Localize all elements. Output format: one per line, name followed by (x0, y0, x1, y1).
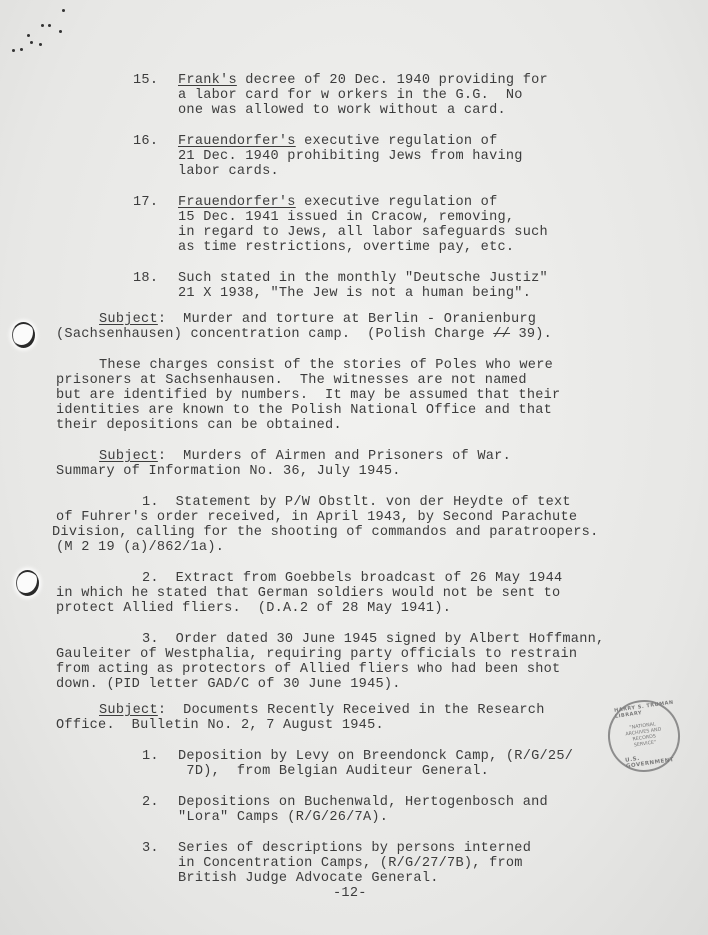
underlined-name: Frauendorfer's (178, 195, 296, 210)
struck-mark: // (493, 327, 510, 342)
item-line: 3. Order dated 30 June 1945 signed by Al… (142, 632, 604, 647)
page-number: -12- (333, 886, 367, 901)
item-text: executive regulation of (296, 134, 498, 149)
item-line: protect Allied fliers. (D.A.2 of 28 May … (56, 601, 451, 616)
ink-speck (59, 30, 62, 33)
paragraph-line: but are identified by numbers. It may be… (56, 388, 560, 403)
item-number: 16. (133, 134, 158, 149)
item-line: Deposition by Levy on Breendonck Camp, (… (178, 749, 573, 764)
item-line: Series of descriptions by persons intern… (178, 841, 531, 856)
ink-speck (48, 24, 51, 27)
stamp-ring-bottom: U.S. GOVERNMENT (625, 750, 682, 770)
subject-text: : Murders of Airmen and Prisoners of War… (158, 449, 511, 464)
item-line: as time restrictions, overtime pay, etc. (178, 240, 514, 255)
subject-line: Summary of Information No. 36, July 1945… (56, 464, 401, 479)
subject-text: 39). (510, 327, 552, 342)
item-line: of Fuhrer's order received, in April 194… (56, 510, 577, 525)
archive-stamp: HARRY S. TRUMAN LIBRARY "NATIONAL ARCHIV… (603, 695, 684, 776)
subject-line: Subject: Murder and torture at Berlin - … (99, 312, 536, 327)
underlined-name: Frank's (178, 73, 237, 88)
item-line: down. (PID letter GAD/C of 30 June 1945)… (56, 677, 401, 692)
paragraph-line: their depositions can be obtained. (56, 418, 342, 433)
subject-label: Subject (99, 703, 158, 718)
item-line: labor cards. (178, 164, 279, 179)
item-line: Frank's decree of 20 Dec. 1940 providing… (178, 73, 548, 88)
document-page: 15. Frank's decree of 20 Dec. 1940 provi… (0, 0, 708, 935)
item-line: 21 X 1938, "The Jew is not a human being… (178, 286, 531, 301)
subject-line: Subject: Murders of Airmen and Prisoners… (99, 449, 511, 464)
subject-line: Subject: Documents Recently Received in … (99, 703, 545, 718)
underlined-name: Frauendorfer's (178, 134, 296, 149)
ink-speck (39, 43, 42, 46)
item-line: 1. Statement by P/W Obstlt. von der Heyd… (142, 495, 571, 510)
item-line: Such stated in the monthly "Deutsche Jus… (178, 271, 548, 286)
item-number: 18. (133, 271, 158, 286)
item-line: one was allowed to work without a card. (178, 103, 506, 118)
item-line: Depositions on Buchenwald, Hertogenbosch… (178, 795, 548, 810)
subject-text: (Sachsenhausen) concentration camp. (Pol… (56, 327, 493, 342)
item-number: 3. (142, 841, 159, 856)
item-text: decree of 20 Dec. 1940 providing for (237, 73, 548, 88)
item-line: a labor card for w orkers in the G.G. No (178, 88, 523, 103)
item-line: "Lora" Camps (R/G/26/7A). (178, 810, 388, 825)
item-number: 1. (142, 749, 159, 764)
item-line: Frauendorfer's executive regulation of (178, 134, 498, 149)
ink-speck (20, 48, 23, 51)
item-line: 7D), from Belgian Auditeur General. (178, 764, 489, 779)
punch-hole (16, 570, 39, 596)
subject-line: (Sachsenhausen) concentration camp. (Pol… (56, 327, 552, 342)
paragraph-line: identities are known to the Polish Natio… (56, 403, 552, 418)
item-line: in Concentration Camps, (R/G/27/7B), fro… (178, 856, 523, 871)
paragraph-line: prisoners at Sachsenhausen. The witnesse… (56, 373, 527, 388)
punch-hole (12, 322, 35, 348)
ink-speck (30, 41, 33, 44)
item-line: Frauendorfer's executive regulation of (178, 195, 498, 210)
item-line: (M 2 19 (a)/862/1a). (56, 540, 224, 555)
item-number: 17. (133, 195, 158, 210)
item-line: 2. Extract from Goebbels broadcast of 26… (142, 571, 562, 586)
item-line: British Judge Advocate General. (178, 871, 439, 886)
stamp-center-text: "NATIONAL ARCHIVES AND RECORDS SERVICE" (624, 722, 663, 751)
item-line: Gauleiter of Westphalia, requiring party… (56, 647, 577, 662)
paragraph-line: These charges consist of the stories of … (99, 358, 553, 373)
subject-text: : Documents Recently Received in the Res… (158, 703, 545, 718)
item-line: from acting as protectors of Allied flie… (56, 662, 560, 677)
item-number: 2. (142, 795, 159, 810)
item-line: in which he stated that German soldiers … (56, 586, 560, 601)
ink-speck (27, 34, 30, 37)
item-line: Division, calling for the shooting of co… (52, 525, 599, 540)
subject-line: Office. Bulletin No. 2, 7 August 1945. (56, 718, 384, 733)
item-line: 21 Dec. 1940 prohibiting Jews from havin… (178, 149, 523, 164)
ink-speck (62, 9, 65, 12)
subject-label: Subject (99, 449, 158, 464)
item-text: executive regulation of (296, 195, 498, 210)
ink-speck (41, 24, 44, 27)
subject-text: : Murder and torture at Berlin - Oranien… (158, 312, 536, 327)
ink-speck (12, 49, 15, 52)
item-number: 15. (133, 73, 158, 88)
stamp-ring-top: HARRY S. TRUMAN LIBRARY (614, 700, 675, 720)
subject-label: Subject (99, 312, 158, 327)
item-line: 15 Dec. 1941 issued in Cracow, removing, (178, 210, 514, 225)
item-line: in regard to Jews, all labor safeguards … (178, 225, 548, 240)
